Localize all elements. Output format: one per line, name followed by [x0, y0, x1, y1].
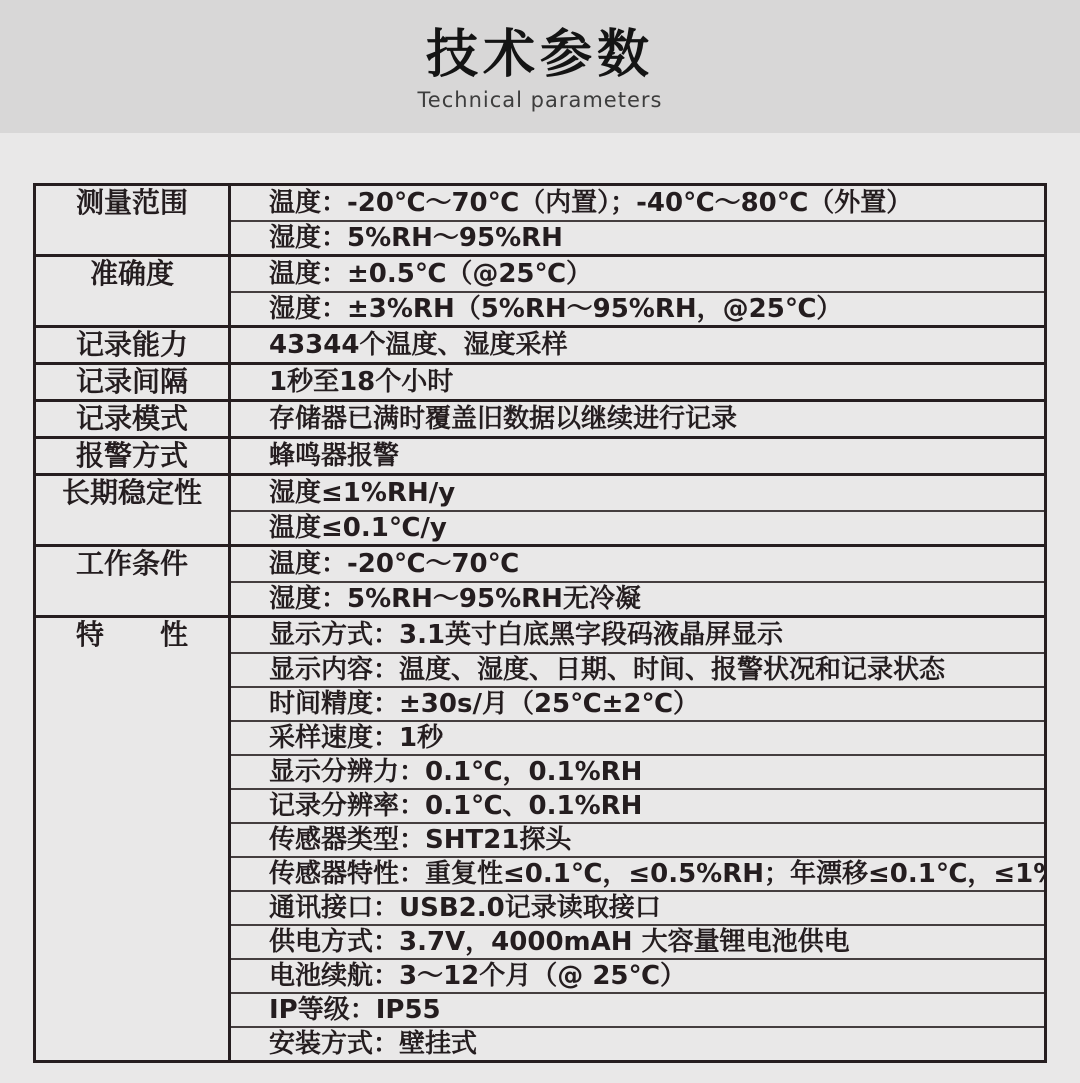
group-recording-mode: 记录模式 存储器已满时覆盖旧数据以继续进行记录 — [36, 399, 1044, 436]
spec-row: 显示分辨力：0.1℃，0.1%RH — [231, 754, 1044, 788]
page-subtitle: Technical parameters — [418, 88, 663, 112]
spec-row: 1秒至18个小时 — [231, 365, 1044, 399]
group-long-term-stability: 长期稳定性 湿度≤1%RH/y 温度≤0.1℃/y — [36, 473, 1044, 544]
group-working-conditions: 工作条件 温度：-20℃～70℃ 湿度：5%RH～95%RH无冷凝 — [36, 544, 1044, 615]
spec-group-label: 记录能力 — [36, 328, 231, 362]
spec-row: 安装方式：壁挂式 — [231, 1026, 1044, 1060]
spec-row: 存储器已满时覆盖旧数据以继续进行记录 — [231, 402, 1044, 436]
group-recording-capacity: 记录能力 43344个温度、湿度采样 — [36, 325, 1044, 362]
spec-row: 温度：±0.5℃（@25℃） — [231, 257, 1044, 291]
spec-group-label: 记录间隔 — [36, 365, 231, 399]
spec-group-label: 长期稳定性 — [36, 476, 231, 544]
spec-row: 显示方式：3.1英寸白底黑字段码液晶屏显示 — [231, 618, 1044, 652]
spec-row: 通讯接口：USB2.0记录读取接口 — [231, 890, 1044, 924]
spec-row: 湿度：±3%RH（5%RH～95%RH，@25℃） — [231, 291, 1044, 325]
spec-row: 温度≤0.1℃/y — [231, 510, 1044, 544]
spec-row: IP等级：IP55 — [231, 992, 1044, 1026]
spec-row: 湿度：5%RH～95%RH — [231, 220, 1044, 254]
spec-table: 测量范围 温度：-20℃～70℃（内置）；-40℃～80℃（外置） 湿度：5%R… — [33, 183, 1047, 1063]
spec-row: 供电方式：3.7V，4000mAH 大容量锂电池供电 — [231, 924, 1044, 958]
group-recording-interval: 记录间隔 1秒至18个小时 — [36, 362, 1044, 399]
spec-group-label: 报警方式 — [36, 439, 231, 473]
spec-row: 显示内容：温度、湿度、日期、时间、报警状况和记录状态 — [231, 652, 1044, 686]
spec-row: 蜂鸣器报警 — [231, 439, 1044, 473]
spec-row: 记录分辨率：0.1℃、0.1%RH — [231, 788, 1044, 822]
page-title: 技术参数 — [426, 27, 654, 84]
spec-row: 电池续航：3～12个月（@ 25℃） — [231, 958, 1044, 992]
spec-group-label: 准确度 — [36, 257, 231, 325]
spec-row: 温度：-20℃～70℃（内置）；-40℃～80℃（外置） — [231, 186, 1044, 220]
group-alarm-mode: 报警方式 蜂鸣器报警 — [36, 436, 1044, 473]
spec-row: 采样速度：1秒 — [231, 720, 1044, 754]
spec-row: 43344个温度、湿度采样 — [231, 328, 1044, 362]
group-measurement-range: 测量范围 温度：-20℃～70℃（内置）；-40℃～80℃（外置） 湿度：5%R… — [36, 186, 1044, 254]
spec-group-label: 记录模式 — [36, 402, 231, 436]
spec-row: 湿度≤1%RH/y — [231, 476, 1044, 510]
spec-row: 温度：-20℃～70℃ — [231, 547, 1044, 581]
spec-group-label: 测量范围 — [36, 186, 231, 254]
group-features: 特 性 显示方式：3.1英寸白底黑字段码液晶屏显示 显示内容：温度、湿度、日期、… — [36, 615, 1044, 1060]
spec-group-label: 特 性 — [36, 618, 231, 1060]
spec-row: 湿度：5%RH～95%RH无冷凝 — [231, 581, 1044, 615]
group-accuracy: 准确度 温度：±0.5℃（@25℃） 湿度：±3%RH（5%RH～95%RH，@… — [36, 254, 1044, 325]
header-banner: 技术参数 Technical parameters — [0, 0, 1080, 133]
spec-row: 时间精度：±30s/月（25℃±2℃） — [231, 686, 1044, 720]
spec-group-label: 工作条件 — [36, 547, 231, 615]
spec-row: 传感器特性：重复性≤0.1℃，≤0.5%RH；年漂移≤0.1℃，≤1%RH — [231, 856, 1044, 890]
spec-row: 传感器类型：SHT21探头 — [231, 822, 1044, 856]
